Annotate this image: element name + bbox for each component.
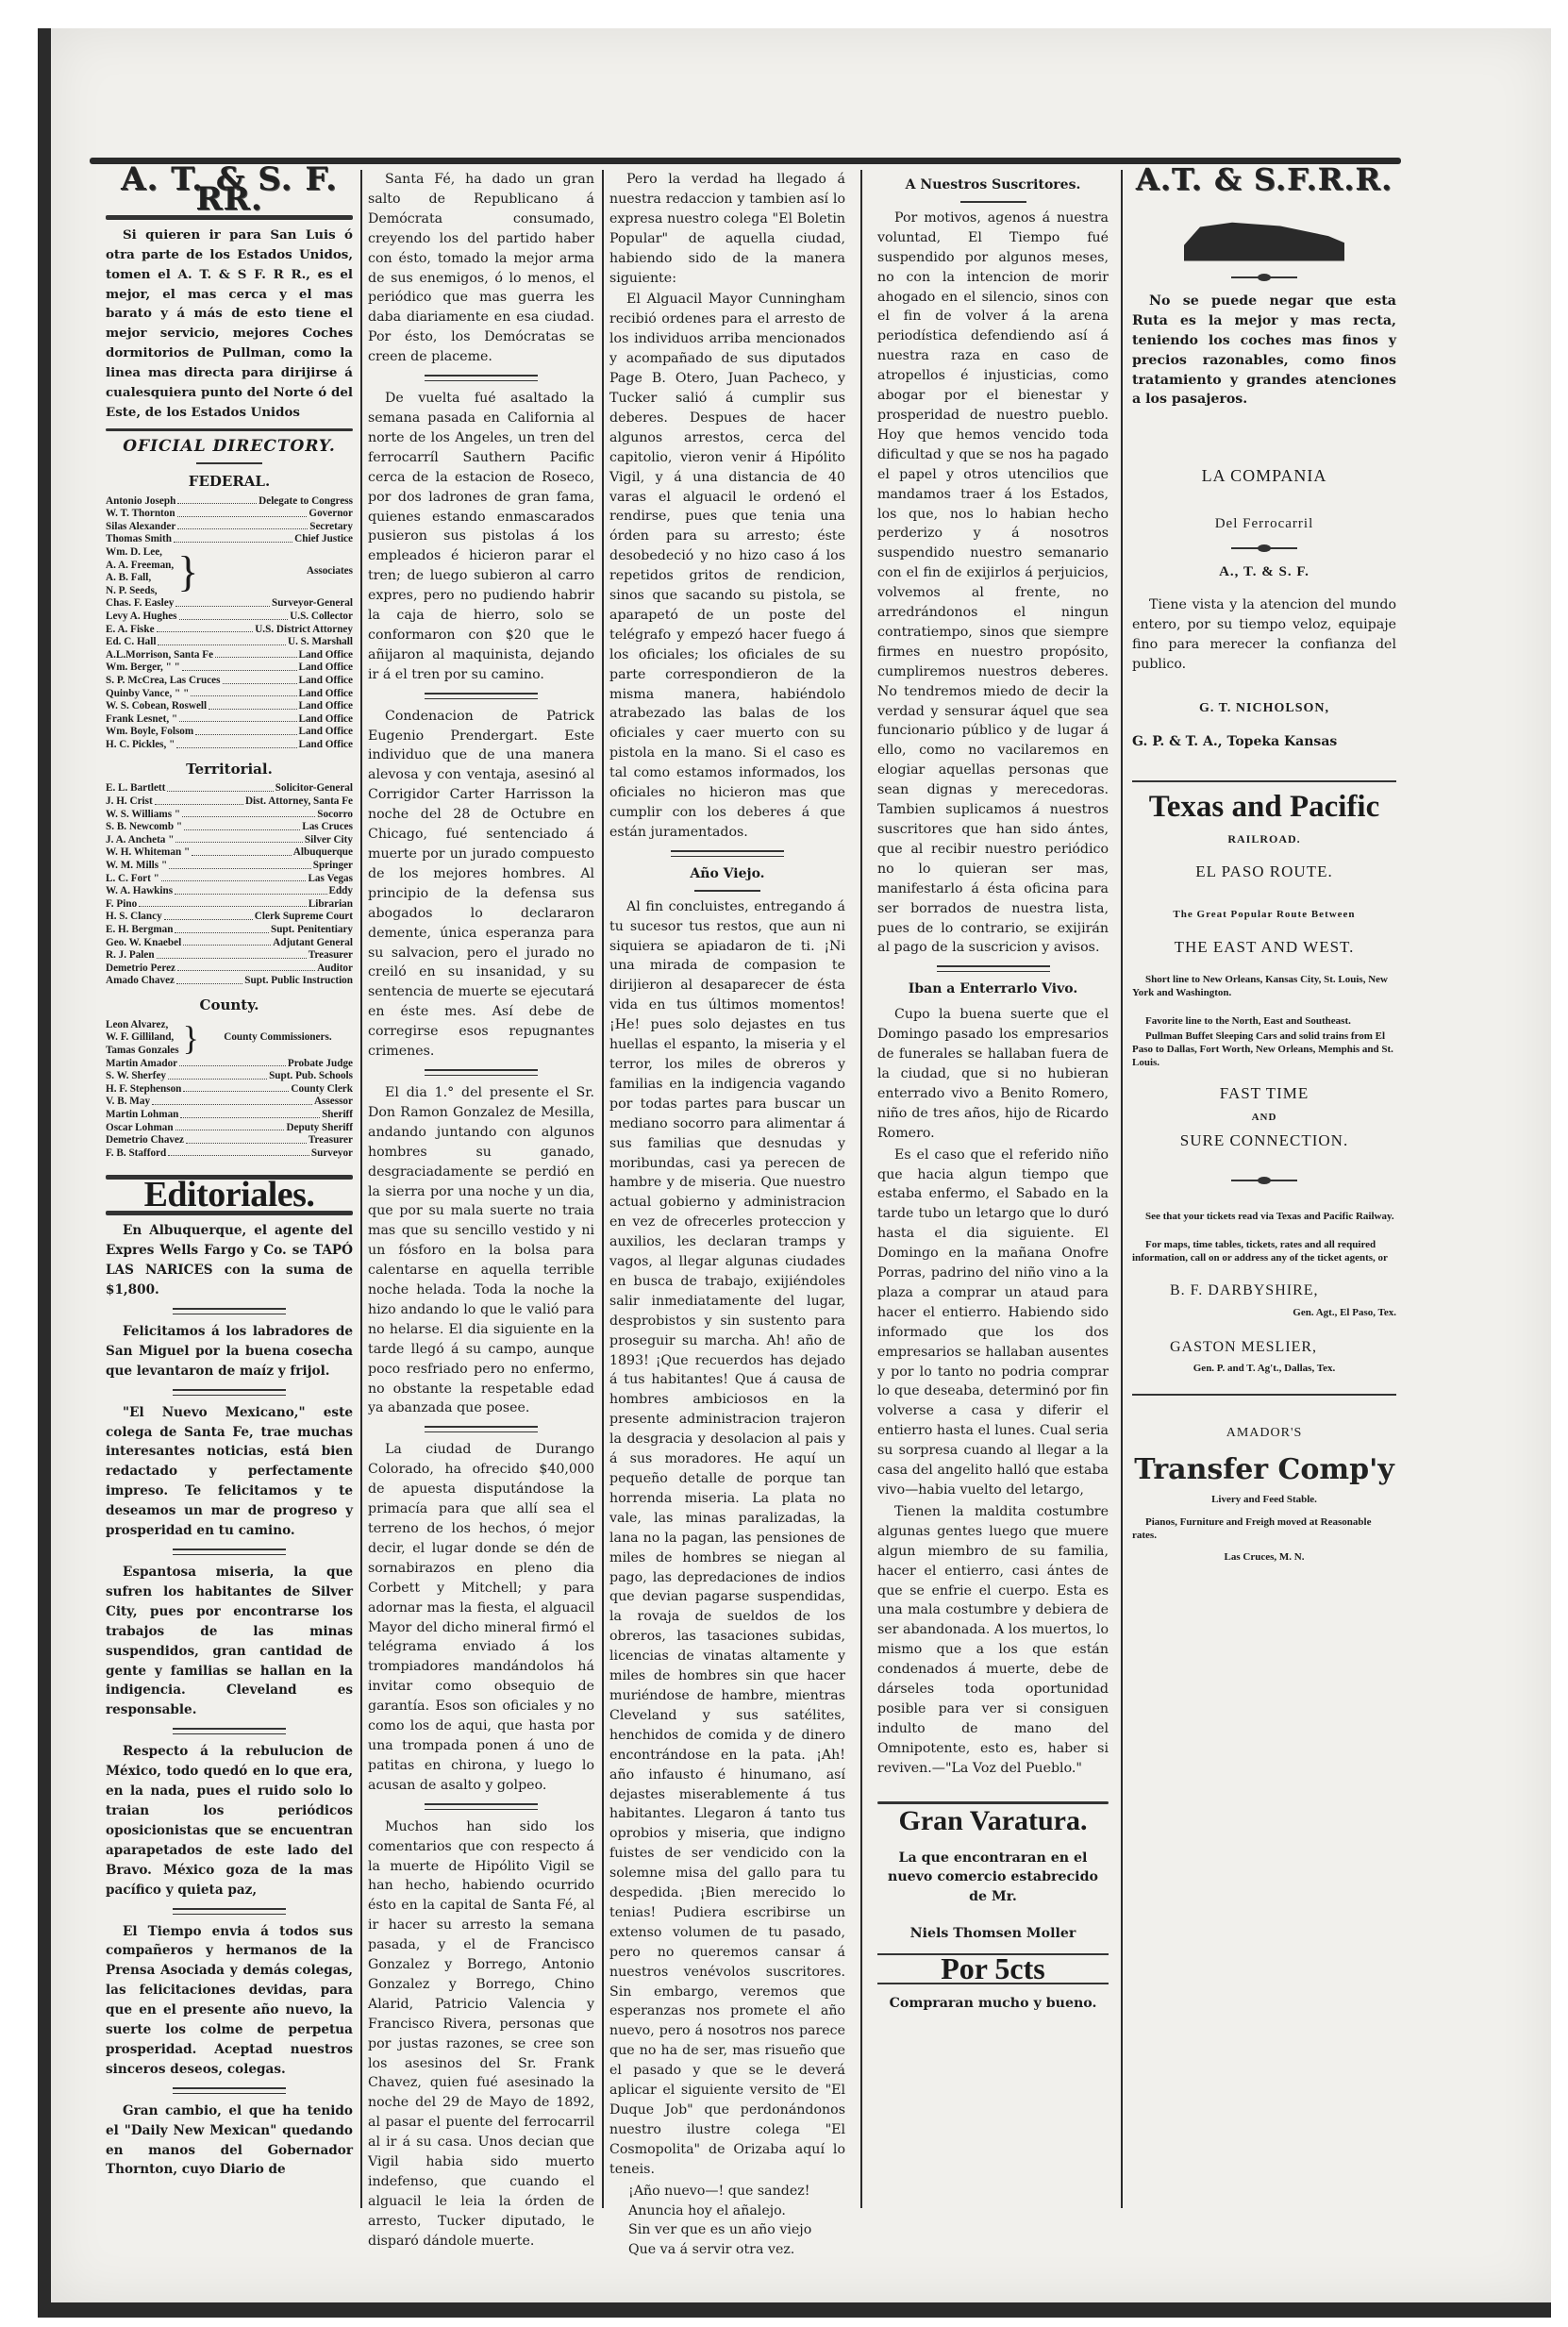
directory-row: E. H. BergmanSupt. Penitentiary: [106, 924, 353, 937]
dot-leader: [215, 649, 296, 659]
official-title: U. S. Marshall: [288, 636, 353, 649]
suscritores-body: Por motivos, agenos á nuestra voluntad, …: [877, 209, 1109, 958]
directory-row: Demetrio ChavezTreasurer: [106, 1134, 353, 1147]
official-name: S. P. McCrea, Las Cruces: [106, 675, 221, 688]
rule: [173, 1549, 286, 1555]
official-name: F. B. Stafford: [106, 1147, 166, 1161]
official-name: Wm. Berger, " ": [106, 661, 180, 675]
rule: [960, 201, 1026, 203]
official-title: Land Office: [299, 688, 354, 701]
official-title: Treasurer: [309, 1134, 353, 1147]
location-line: Las Cruces, M. N.: [1132, 1548, 1396, 1567]
official-title: Solicitor-General: [275, 782, 353, 795]
maps-note: For maps, time tables, tickets, rates an…: [1132, 1238, 1396, 1264]
official-name: Ed. C. Hall: [106, 636, 156, 649]
poem-line: Sin ver que es un año viejo: [628, 2220, 845, 2240]
directory-row: Wm. Berger, " "Land Office: [106, 661, 353, 675]
editorial-paragraph: Felicitamos á los labradores de San Migu…: [106, 1322, 353, 1381]
official-name: H. C. Pickles, ": [106, 739, 175, 752]
dot-leader: [175, 597, 270, 607]
pianos-line: Pianos, Furniture and Freigh moved at Re…: [1132, 1515, 1396, 1542]
commissioners-title: County Commissioners.: [203, 1031, 353, 1045]
dot-leader: [179, 1058, 286, 1067]
dot-leader: [168, 1070, 267, 1080]
poem-line: Anuncia hoy el añalejo.: [628, 2201, 845, 2221]
associates-block: Wm. D. Lee,A. A. Freeman,A. B. Fall,N. P…: [106, 546, 353, 597]
commissioners-names: Leon Alvarez,W. F. Gilliland,Tamas Gonza…: [106, 1019, 179, 1058]
rule: [173, 1389, 286, 1396]
agent2-title: Gen. P. and T. Ag't., Dallas, Tex.: [1132, 1359, 1396, 1379]
dot-leader: [182, 661, 297, 671]
atsf-abbrev: A., T. & S. F.: [1132, 562, 1396, 582]
directory-row: R. J. PalenTreasurer: [106, 949, 353, 963]
official-name: Quinby Vance, " ": [106, 688, 189, 701]
oficial-directory-title: OFICIAL DIRECTORY.: [106, 437, 353, 457]
rule: [173, 1728, 286, 1734]
official-title: Silver City: [305, 834, 353, 847]
directory-row: W. S. Williams "Socorro: [106, 809, 353, 822]
news-paragraph: Cupo la buena suerte que el Domingo pasa…: [877, 1005, 1109, 1143]
official-name: Demetrio Perez: [106, 963, 175, 976]
official-title: U.S. District Attorney: [255, 624, 353, 637]
ornament-icon: [1231, 547, 1297, 549]
official-name: W. H. Whiteman ": [106, 846, 190, 860]
dot-leader: [183, 937, 271, 946]
directory-row: Amado ChavezSupt. Public Instruction: [106, 975, 353, 988]
dot-leader: [169, 860, 311, 869]
dot-leader: [174, 533, 292, 543]
dot-leader: [175, 1122, 285, 1131]
brace-icon: }: [177, 550, 198, 594]
dot-leader: [177, 495, 257, 505]
official-title: Adjutant General: [273, 937, 353, 950]
directory-row: Geo. W. KnaebelAdjutant General: [106, 937, 353, 950]
official-title: Auditor: [317, 963, 353, 976]
federal-list: Antonio JosephDelegate to CongressW. T. …: [106, 495, 353, 546]
directory-row: F. B. StaffordSurveyor: [106, 1147, 353, 1161]
official-name: Chas. F. Easley: [106, 597, 174, 611]
enterrarlo-title: Iban a Enterrarlo Vivo.: [877, 979, 1109, 999]
rule: [173, 2087, 286, 2094]
dot-leader: [158, 636, 286, 645]
dot-leader: [191, 688, 296, 697]
official-name: Oscar Lohman: [106, 1122, 174, 1135]
vigil-article: Pero la verdad ha llegado á nuestra reda…: [609, 170, 845, 843]
editoriales-title: Editoriales.: [106, 1185, 353, 1205]
rule: [694, 890, 760, 892]
official-title: Deputy Sheriff: [286, 1122, 353, 1135]
official-name: S. B. Newcomb ": [106, 821, 182, 834]
rule: [1132, 1394, 1396, 1396]
dot-leader: [139, 898, 307, 908]
official-name: F. Pino: [106, 898, 137, 912]
atsf-body: Si quieren ir para San Luis ó otra parte…: [106, 226, 353, 423]
texas-pacific-title: Texas and Pacific: [1132, 797, 1396, 817]
dot-leader: [180, 1109, 320, 1118]
commissioner-name: Leon Alvarez,: [106, 1019, 179, 1032]
directory-row: W. T. ThorntonGovernor: [106, 508, 353, 521]
official-name: Wm. Boyle, Folsom: [106, 726, 193, 739]
directory-row: A.L.Morrison, Santa FeLand Office: [106, 649, 353, 662]
rule: [425, 375, 538, 381]
official-title: County Clerk: [291, 1083, 353, 1097]
column-4: A Nuestros Suscritores. Por motivos, age…: [877, 170, 1109, 2016]
dot-leader: [157, 949, 307, 959]
official-title: Librarian: [309, 898, 353, 912]
official-title: Land Office: [299, 726, 354, 739]
ad-line-1: La que encontraran en el nuevo comercio …: [877, 1849, 1109, 1908]
territorial-heading: Territorial.: [106, 760, 353, 779]
associates-title: Associates: [202, 565, 353, 578]
del-ferrocarril: Del Ferrocarril: [1132, 514, 1396, 534]
dot-leader: [176, 975, 242, 984]
agent-name: G. T. NICHOLSON,: [1132, 699, 1396, 719]
commissioner-name: W. F. Gilliland,: [106, 1031, 179, 1045]
official-name: S. W. Sherfey: [106, 1070, 166, 1083]
dot-leader: [157, 624, 254, 633]
official-name: L. C. Fort ": [106, 873, 159, 886]
agent1-title: Gen. Agt., El Paso, Tex.: [1132, 1303, 1396, 1323]
news-paragraph: Condenacion de Patrick Eugenio Prenderga…: [368, 707, 594, 1062]
official-name: Demetrio Chavez: [106, 1134, 184, 1147]
dot-leader: [175, 924, 269, 933]
news-paragraph: Pero la verdad ha llegado á nuestra reda…: [609, 170, 845, 288]
official-title: Las Cruces: [302, 821, 353, 834]
dot-leader: [161, 873, 307, 882]
dot-leader: [179, 611, 289, 620]
directory-row: W. M. Mills "Springer: [106, 860, 353, 873]
directory-row: Frank Lesnet, "Land Office: [106, 713, 353, 727]
rule: [106, 428, 353, 431]
official-title: Springer: [313, 860, 353, 873]
rule: [425, 693, 538, 699]
directory-row: Demetrio PerezAuditor: [106, 963, 353, 976]
directory-row: V. B. MayAssessor: [106, 1096, 353, 1109]
dot-leader: [186, 1134, 307, 1144]
editorial-paragraph: El Tiempo envia á todos sus compañeros y…: [106, 1922, 353, 2080]
ornament-icon: [1231, 1180, 1297, 1181]
directory-row: Quinby Vance, " "Land Office: [106, 688, 353, 701]
news-paragraph: La ciudad de Durango Colorado, ha ofreci…: [368, 1440, 594, 1795]
editorial-paragraph: Gran cambio, el que ha tenido el "Daily …: [106, 2101, 353, 2181]
brace-icon: }: [183, 1021, 199, 1055]
official-name: W. S. Cobean, Roswell: [106, 700, 207, 713]
editorial-paragraph: Espantosa miseria, la que sufren los hab…: [106, 1563, 353, 1720]
suscritores-title: A Nuestros Suscritores.: [877, 176, 1109, 195]
directory-row: H. C. Pickles, "Land Office: [106, 739, 353, 752]
ano-viejo-title: Año Viejo.: [609, 864, 845, 884]
column-2: Santa Fé, ha dado un gran salto de Repub…: [368, 170, 594, 2253]
east-west: THE EAST AND WEST.: [1132, 938, 1396, 958]
short-line: Short line to New Orleans, Kansas City, …: [1132, 973, 1396, 999]
dot-leader: [164, 911, 253, 920]
official-title: Albuquerque: [293, 846, 353, 860]
official-name: W. T. Thornton: [106, 508, 175, 521]
official-name: R. J. Palen: [106, 949, 155, 963]
editorial-paragraph: "El Nuevo Mexicano," este colega de Sant…: [106, 1403, 353, 1541]
dot-leader: [177, 508, 308, 517]
column-divider: [360, 170, 362, 2208]
column-divider: [602, 170, 604, 2208]
county-heading: County.: [106, 996, 353, 1015]
official-title: Surveyor-General: [272, 597, 353, 611]
favorite-line: Favorite line to the North, East and Sou…: [1132, 1014, 1396, 1028]
official-name: J. A. Ancheta ": [106, 834, 174, 847]
official-title: Land Office: [299, 649, 354, 662]
dot-leader: [177, 521, 308, 530]
dot-leader: [183, 1083, 289, 1093]
directory-row: S. P. McCrea, Las CrucesLand Office: [106, 675, 353, 688]
agent2-name: GASTON MESLIER,: [1170, 1338, 1396, 1358]
sure-connection: SURE CONNECTION.: [1132, 1131, 1396, 1151]
official-name: W. A. Hawkins: [106, 885, 173, 898]
directory-row: Wm. Boyle, FolsomLand Office: [106, 726, 353, 739]
directory-row: W. A. HawkinsEddy: [106, 885, 353, 898]
official-title: Socorro: [317, 809, 353, 822]
directory-row: F. PinoLibrarian: [106, 898, 353, 912]
transfer-company: Transfer Comp'y: [1132, 1461, 1396, 1481]
official-title: U.S. Collector: [290, 611, 353, 624]
directory-row: S. B. Newcomb "Las Cruces: [106, 821, 353, 834]
agent1-name: B. F. DARBYSHIRE,: [1170, 1281, 1396, 1301]
official-title: Chief Justice: [294, 533, 353, 546]
directory-row: Oscar LohmanDeputy Sheriff: [106, 1122, 353, 1135]
rule: [196, 462, 262, 464]
tickets-note: See that your tickets read via Texas and…: [1132, 1210, 1396, 1223]
news-paragraph: Muchos han sido los comentarios que con …: [368, 1817, 594, 2252]
route-between: The Great Popular Route Between: [1132, 905, 1396, 925]
official-name: Levy A. Hughes: [106, 611, 177, 624]
official-title: Supt. Public Instruction: [244, 975, 353, 988]
official-title: Land Office: [299, 675, 354, 688]
directory-row: J. A. Ancheta "Silver City: [106, 834, 353, 847]
directory-row: Martin LohmanSheriff: [106, 1109, 353, 1122]
column-3: Pero la verdad ha llegado á nuestra reda…: [609, 170, 845, 2260]
poem-line: Que va á servir otra vez.: [628, 2240, 845, 2260]
news-paragraph: Es el caso que el referido niño que haci…: [877, 1146, 1109, 1500]
official-name: J. H. Crist: [106, 795, 153, 809]
livery-line: Livery and Feed Stable.: [1132, 1490, 1396, 1510]
ornament-icon: [1231, 276, 1297, 278]
dot-leader: [168, 1147, 309, 1157]
enterrarlo-body: Cupo la buena suerte que el Domingo pasa…: [877, 1005, 1109, 1778]
official-title: Land Office: [299, 700, 354, 713]
rule: [425, 1069, 538, 1076]
dot-leader: [182, 809, 315, 818]
ad-price: Por 5cts: [877, 1953, 1109, 1984]
directory-row: S. W. SherfeySupt. Pub. Schools: [106, 1070, 353, 1083]
official-name: W. M. Mills ": [106, 860, 167, 873]
rule: [937, 965, 1050, 972]
news-paragraph: El dia 1.° del presente el Sr. Don Ramon…: [368, 1083, 594, 1418]
official-title: Eddy: [329, 885, 354, 898]
directory-row: L. C. Fort "Las Vegas: [106, 873, 353, 886]
official-name: H. F. Stephenson: [106, 1083, 181, 1097]
official-title: Surveyor: [311, 1147, 353, 1161]
dot-leader: [152, 1096, 312, 1105]
and-label: AND: [1132, 1108, 1396, 1128]
news-paragraph: De vuelta fué asaltado la semana pasada …: [368, 389, 594, 685]
poem: ¡Año nuevo—! que sandez!Anuncia hoy el a…: [609, 2182, 845, 2261]
amador-title: AMADOR'S: [1132, 1424, 1396, 1444]
dot-leader: [179, 713, 296, 723]
county-list: Martin AmadorProbate JudgeS. W. SherfeyS…: [106, 1058, 353, 1161]
official-name: Thomas Smith: [106, 533, 172, 546]
atsf-title: A. T. & S. F. RR.: [106, 170, 353, 209]
dot-leader: [223, 675, 297, 684]
official-name: Silas Alexander: [106, 521, 175, 534]
dot-leader: [155, 795, 243, 805]
directory-row: H. S. ClancyClerk Supreme Court: [106, 911, 353, 924]
dot-leader: [175, 885, 326, 895]
directory-row: H. F. StephensonCounty Clerk: [106, 1083, 353, 1097]
official-title: Land Office: [299, 739, 354, 752]
dot-leader: [209, 700, 296, 710]
news-paragraph: El Alguacil Mayor Cunningham recibió ord…: [609, 290, 845, 842]
el-paso-route: EL PASO ROUTE.: [1132, 862, 1396, 882]
ano-viejo-body: Al fin concluistes, entregando á tu suce…: [609, 897, 845, 2180]
editorial-paragraph: Respecto á la rebulucion de México, todo…: [106, 1742, 353, 1900]
news-paragraph: Tienen la maldita costumbre algunas gent…: [877, 1502, 1109, 1779]
directory-row: Silas AlexanderSecretary: [106, 521, 353, 534]
directory-row: Martin AmadorProbate Judge: [106, 1058, 353, 1071]
associate-name: A. A. Freeman,: [106, 560, 174, 573]
news-paragraph: Santa Fé, ha dado un gran salto de Repub…: [368, 170, 594, 367]
official-name: Amado Chavez: [106, 975, 175, 988]
official-title: Supt. Pub. Schools: [269, 1070, 353, 1083]
dot-leader: [184, 821, 300, 830]
dot-leader: [195, 726, 296, 735]
directory-row: Antonio JosephDelegate to Congress: [106, 495, 353, 509]
directory-row: W. S. Cobean, RoswellLand Office: [106, 700, 353, 713]
rule: [173, 1308, 286, 1314]
official-title: Assessor: [314, 1096, 353, 1109]
associates-names: Wm. D. Lee,A. A. Freeman,A. B. Fall,N. P…: [106, 546, 174, 597]
associate-name: N. P. Seeds,: [106, 585, 174, 598]
column-divider: [1121, 170, 1123, 2208]
official-title: Delegate to Congress: [259, 495, 353, 509]
directory-row: E. A. FiskeU.S. District Attorney: [106, 624, 353, 637]
editorial-paragraph: En Albuquerque, el agente del Expres Wel…: [106, 1221, 353, 1300]
federal-list-2: Chas. F. EasleySurveyor-GeneralLevy A. H…: [106, 597, 353, 751]
rule: [1132, 780, 1396, 782]
official-title: Land Office: [299, 713, 354, 727]
atsf-ad-body: No se puede negar que esta Ruta es la me…: [1132, 292, 1396, 410]
official-title: Secretary: [309, 521, 353, 534]
territorial-list: E. L. BartlettSolicitor-GeneralJ. H. Cri…: [106, 782, 353, 988]
official-title: Las Vegas: [308, 873, 353, 886]
associate-name: A. B. Fall,: [106, 572, 174, 585]
official-name: E. A. Fiske: [106, 624, 155, 637]
atsf-ad-body-2: Tiene vista y la atencion del mundo ente…: [1132, 595, 1396, 675]
commissioners-block: Leon Alvarez,W. F. Gilliland,Tamas Gonza…: [106, 1019, 353, 1058]
official-name: Geo. W. Knaebel: [106, 937, 181, 950]
column-5: A.T. & S.F.R.R. No se puede negar que es…: [1132, 170, 1396, 1567]
dot-leader: [177, 963, 315, 972]
rule: [877, 1801, 1109, 1804]
rule: [671, 850, 784, 857]
official-title: Governor: [309, 508, 353, 521]
ad-merchant: Niels Thomsen Moller: [877, 1924, 1109, 1944]
rule: [173, 1908, 286, 1915]
official-name: Martin Amador: [106, 1058, 177, 1071]
official-name: Frank Lesnet, ": [106, 713, 177, 727]
official-name: H. S. Clancy: [106, 911, 162, 924]
poem-line: ¡Año nuevo—! que sandez!: [628, 2182, 845, 2201]
official-name: W. S. Williams ": [106, 809, 180, 822]
official-title: Land Office: [299, 661, 354, 675]
rule: [425, 1803, 538, 1810]
directory-row: Chas. F. EasleySurveyor-General: [106, 597, 353, 611]
official-title: Clerk Supreme Court: [255, 911, 353, 924]
official-title: Supt. Penitentiary: [271, 924, 353, 937]
dot-leader: [176, 739, 296, 748]
dot-leader: [167, 782, 273, 792]
official-name: E. H. Bergman: [106, 924, 173, 937]
column-1: A. T. & S. F. RR. Si quieren ir para San…: [106, 170, 353, 2182]
fast-time: FAST TIME: [1132, 1084, 1396, 1104]
official-name: E. L. Bartlett: [106, 782, 165, 795]
associate-name: Wm. D. Lee,: [106, 546, 174, 560]
editorials-list: En Albuquerque, el agente del Expres Wel…: [106, 1221, 353, 2180]
rule: [425, 1426, 538, 1432]
dot-leader: [192, 846, 292, 856]
directory-row: Thomas SmithChief Justice: [106, 533, 353, 546]
directory-row: E. L. BartlettSolicitor-General: [106, 782, 353, 795]
atsf-ad-title: A.T. & S.F.R.R.: [1132, 170, 1396, 190]
official-name: V. B. May: [106, 1096, 150, 1109]
official-title: Sheriff: [322, 1109, 353, 1122]
ad-tagline: Compraran mucho y bueno.: [877, 1994, 1109, 2014]
official-name: Martin Lohman: [106, 1109, 178, 1122]
official-name: Antonio Joseph: [106, 495, 175, 509]
federal-heading: FEDERAL.: [106, 472, 353, 492]
directory-row: J. H. CristDist. Attorney, Santa Fe: [106, 795, 353, 809]
pullman-cars: Pullman Buffet Sleeping Cars and solid t…: [1132, 1030, 1396, 1069]
dot-leader: [175, 834, 303, 844]
railroad-label: RAILROAD.: [1132, 829, 1396, 849]
official-name: A.L.Morrison, Santa Fe: [106, 649, 213, 662]
directory-row: W. H. Whiteman "Albuquerque: [106, 846, 353, 860]
commissioner-name: Tamas Gonzales: [106, 1045, 179, 1058]
official-title: Dist. Attorney, Santa Fe: [245, 795, 353, 809]
gran-varatura-title: Gran Varatura.: [877, 1812, 1109, 1832]
official-title: Treasurer: [309, 949, 353, 963]
official-title: Probate Judge: [288, 1058, 353, 1071]
train-icon: [1184, 218, 1344, 263]
directory-row: Ed. C. HallU. S. Marshall: [106, 636, 353, 649]
agent-title: G. P. & T. A., Topeka Kansas: [1132, 732, 1396, 752]
column-divider: [860, 170, 862, 2208]
directory-row: Levy A. HughesU.S. Collector: [106, 611, 353, 624]
company-label: LA COMPANIA: [1132, 466, 1396, 486]
